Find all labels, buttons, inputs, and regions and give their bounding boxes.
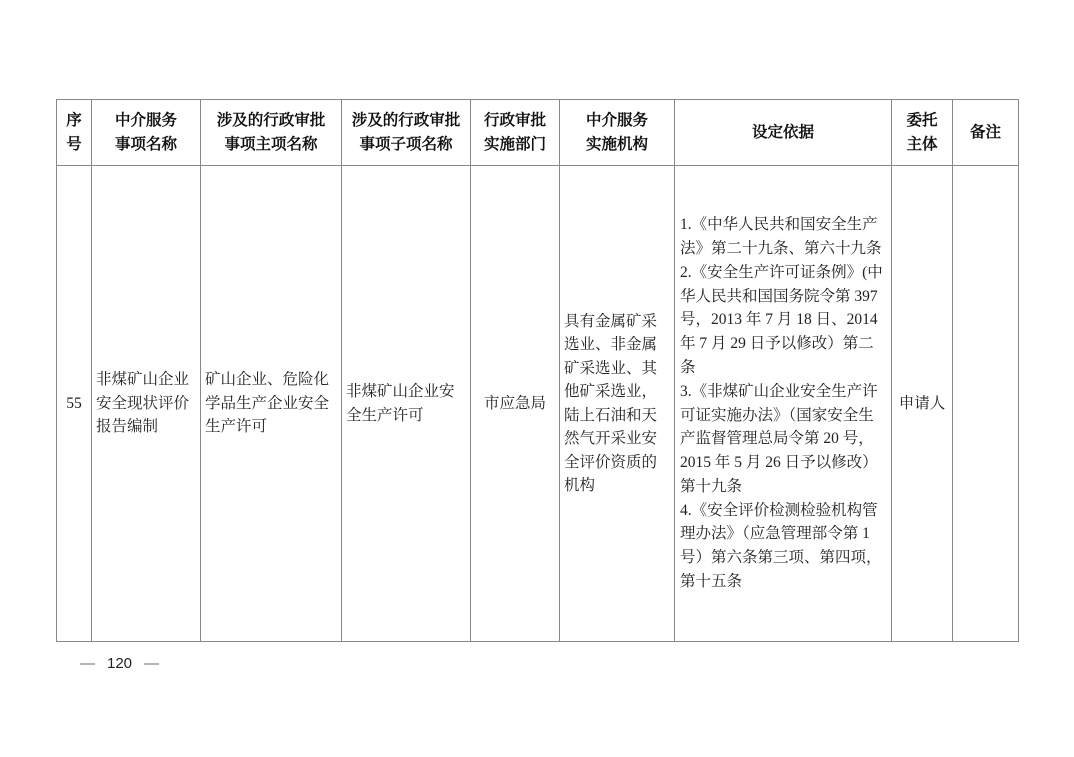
footer-right-dash: — xyxy=(144,655,159,672)
column-header-service-agency: 中介服务 实施机构 xyxy=(560,100,675,166)
column-header-sub-approval-item: 涉及的行政审批 事项子项名称 xyxy=(342,100,471,166)
column-header-main-approval-item: 涉及的行政审批 事项主项名称 xyxy=(201,100,342,166)
table-row: 55 非煤矿山企业 安全现状评价 报告编制 矿山企业、危险化 学品生产企业安全 … xyxy=(57,166,1019,642)
column-header-legal-basis: 设定依据 xyxy=(675,100,892,166)
cell-remarks xyxy=(953,166,1019,642)
cell-principal: 申请人 xyxy=(892,166,953,642)
cell-service-agency: 具有金属矿采 选业、非金属 矿采选业、其 他矿采选业， 陆上石油和天 然气开采业… xyxy=(560,166,675,642)
column-header-approval-department: 行政审批 实施部门 xyxy=(471,100,560,166)
cell-approval-department: 市应急局 xyxy=(471,166,560,642)
column-header-service-name: 中介服务 事项名称 xyxy=(92,100,201,166)
cell-legal-basis: 1.《中华人民共和国安全生产 法》第二十九条、第六十九条 2.《安全生产许可证条… xyxy=(675,166,892,642)
column-header-principal: 委托 主体 xyxy=(892,100,953,166)
cell-service-name: 非煤矿山企业 安全现状评价 报告编制 xyxy=(92,166,201,642)
page-number: 120 xyxy=(107,655,132,672)
cell-sub-approval-item: 非煤矿山企业安 全生产许可 xyxy=(342,166,471,642)
column-header-serial: 序 号 xyxy=(57,100,92,166)
intermediary-services-table: 序 号 中介服务 事项名称 涉及的行政审批 事项主项名称 涉及的行政审批 事项子… xyxy=(56,99,1019,642)
page-footer: — 120 — xyxy=(80,655,159,672)
column-header-remarks: 备注 xyxy=(953,100,1019,166)
cell-main-approval-item: 矿山企业、危险化 学品生产企业安全 生产许可 xyxy=(201,166,342,642)
table-header-row: 序 号 中介服务 事项名称 涉及的行政审批 事项主项名称 涉及的行政审批 事项子… xyxy=(57,100,1019,166)
document-page: 序 号 中介服务 事项名称 涉及的行政审批 事项主项名称 涉及的行政审批 事项子… xyxy=(0,0,1074,757)
footer-left-dash: — xyxy=(80,655,95,672)
cell-serial-number: 55 xyxy=(57,166,92,642)
